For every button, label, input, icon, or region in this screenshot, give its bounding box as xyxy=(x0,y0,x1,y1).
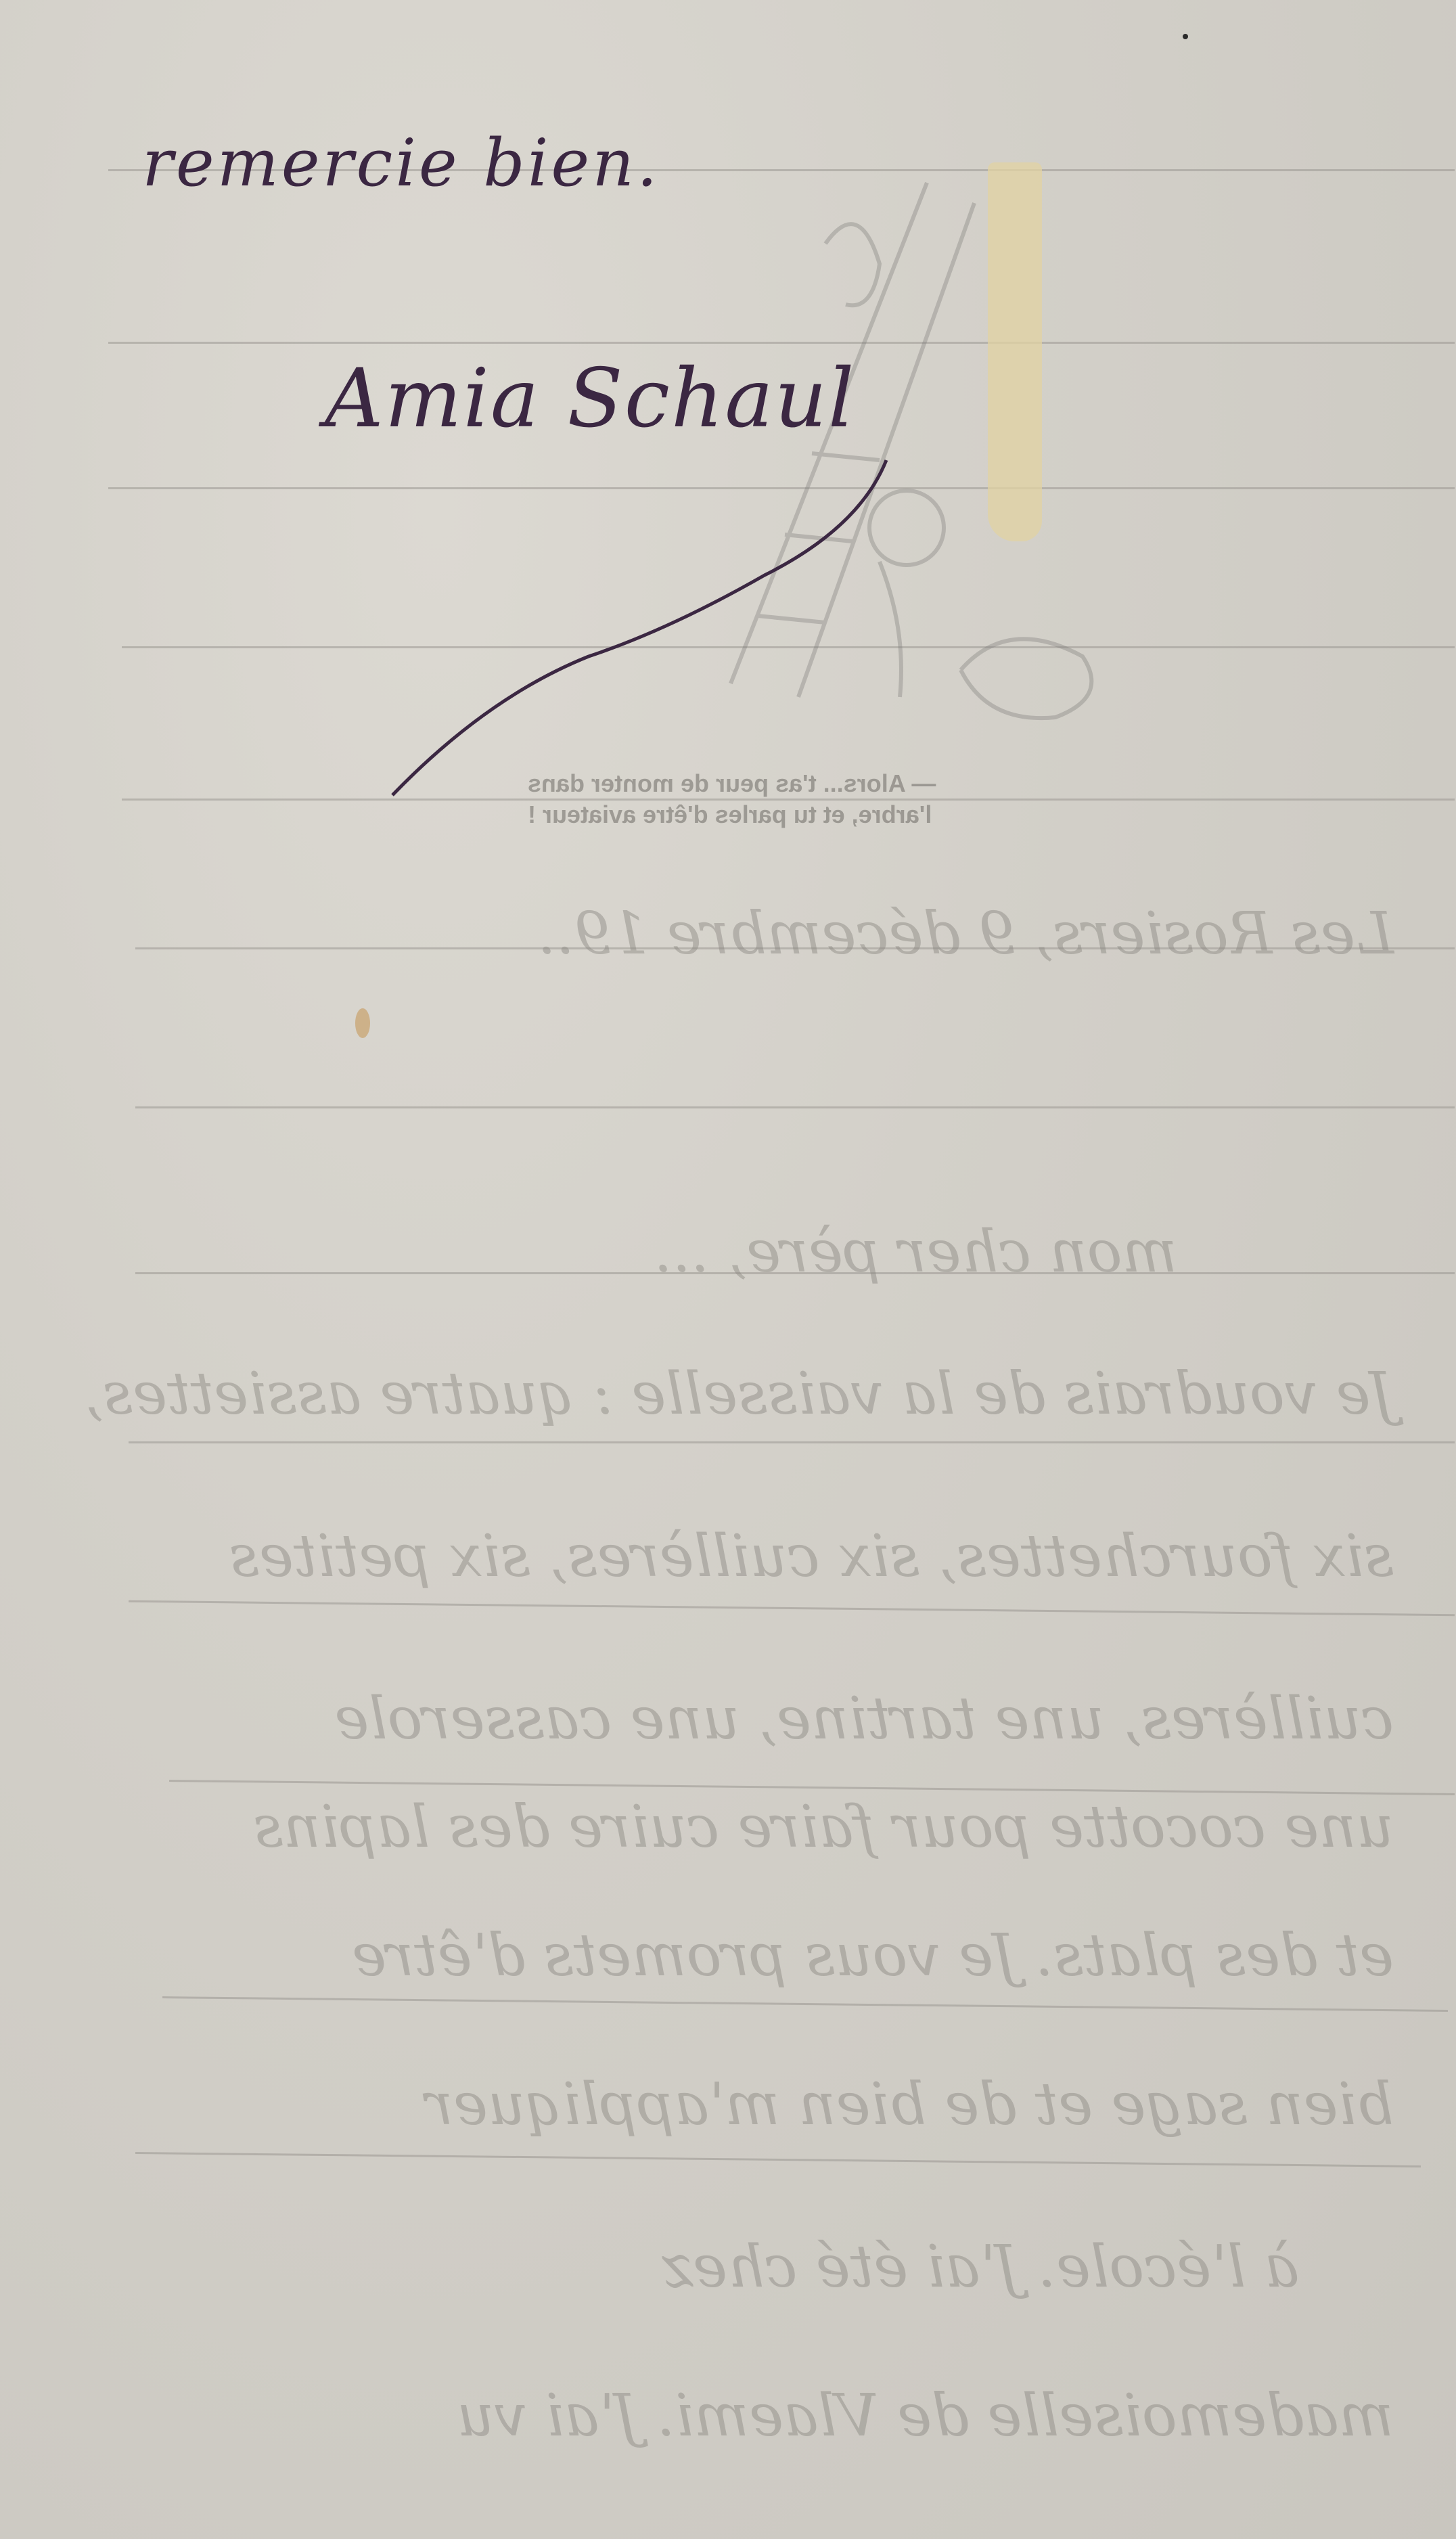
paper-stain xyxy=(355,1008,370,1038)
bleedthrough-line: mon cher père, ... xyxy=(0,1218,1177,1286)
caption-line: l'arbre, et tu parles d'être aviateur ! xyxy=(528,799,1177,830)
ink-speck xyxy=(1183,34,1188,39)
bleedthrough-line: une cocotte pour faire cuire des lapins xyxy=(41,1793,1394,1861)
bleedthrough-line: bien sage et de bien m'appliquer xyxy=(41,2071,1394,2138)
ruled-line xyxy=(135,1106,1455,1108)
bleedthrough-line: Les Rosiers, 9 décembre 19.. xyxy=(41,900,1394,968)
tree-trunk-illustration xyxy=(988,162,1042,541)
bleedthrough-line: mademoiselle de Vlaemi. J'ai vu xyxy=(41,2382,1394,2450)
bleedthrough-line: six fourchettes, six cuillères, six peti… xyxy=(41,1523,1394,1590)
closing-line: remercie bien. xyxy=(142,125,660,201)
bleedthrough-line: Je voudrais de la vaisselle : quatre ass… xyxy=(41,1360,1394,1428)
bleedthrough-line: cuillères, une tartine, une casserole xyxy=(41,1685,1394,1753)
bleedthrough-line: et des plats. Je vous promets d'être xyxy=(41,1922,1394,1990)
signature-flourish xyxy=(386,420,927,799)
ruled-line xyxy=(129,1441,1455,1443)
bleedthrough-line: à l'école. J'ai été chez xyxy=(0,2233,1299,2301)
